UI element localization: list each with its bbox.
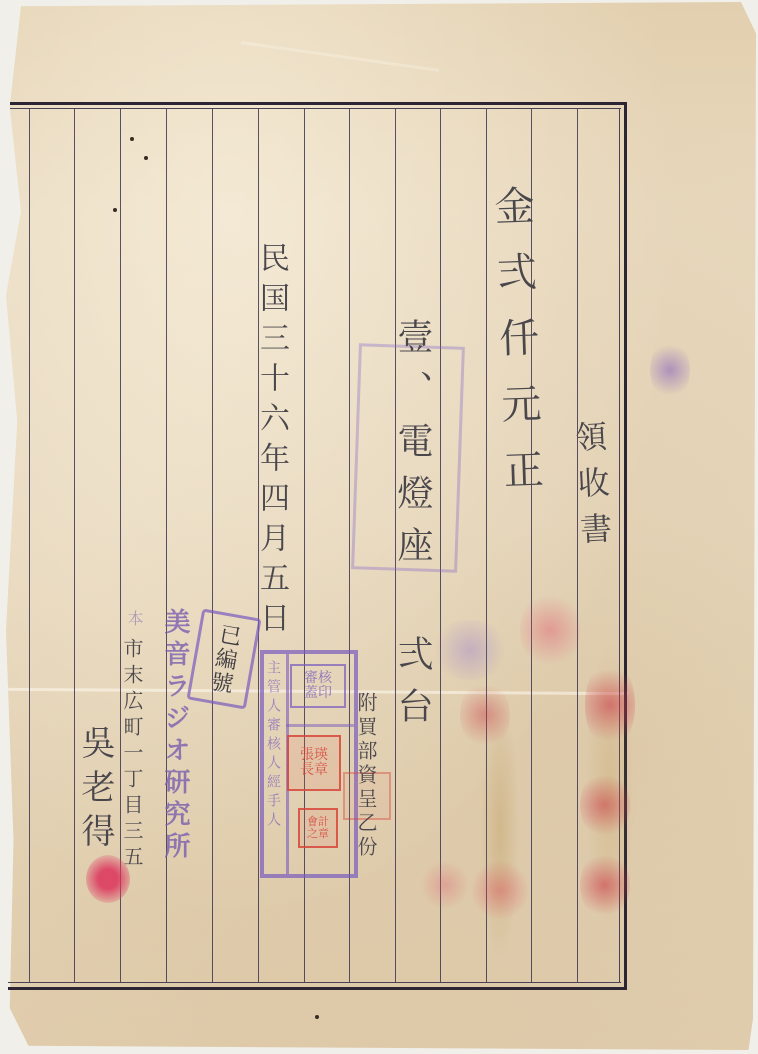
amount-text: 金弍仟元正 [490, 184, 541, 515]
date-text: 民国三十六年四月五日 [256, 242, 286, 642]
approval-box-divider [286, 724, 354, 727]
column-rule [29, 109, 30, 982]
frame-top-border [10, 102, 627, 105]
red-seal-name-text: 張瑛 長章 [297, 748, 331, 779]
approval-box-top-stamp: 審核蓋印 [290, 664, 346, 708]
issuer-name-stamp: 美音ラジオ研究所 [162, 608, 188, 864]
issuer-address: 市末広町一丁目三五 [122, 638, 142, 872]
attachment-note: 附買部資呈乙份 [356, 692, 376, 860]
ink-speck [315, 1015, 319, 1019]
signer-name: 吳老得 [78, 725, 112, 857]
ink-speck [144, 156, 148, 160]
red-seal-name: 張瑛 長章 [287, 735, 341, 791]
registered-stamp-text: 已編號 [207, 622, 241, 697]
frame-bottom-border [8, 987, 627, 990]
issuer-address-prefix: 本 [126, 610, 142, 630]
red-seal-accounting-text: 會計 之章 [305, 816, 331, 840]
ink-speck [113, 208, 117, 212]
frame-bottom-inner-border [8, 982, 621, 983]
violet-ink-smudge [650, 340, 690, 400]
item-line: 壹、電燈座 弍台 [394, 318, 430, 739]
red-seal-accounting: 會計 之章 [298, 808, 338, 848]
column-rule [212, 109, 213, 982]
document-title: 領收書 [572, 419, 611, 558]
violet-ink-smudge [430, 620, 510, 680]
stain [480, 700, 520, 960]
approval-box-top-text: 審核蓋印 [300, 671, 336, 702]
approval-box-side-label: 主管人審核人經手人 [266, 660, 280, 831]
stain [585, 640, 635, 940]
red-ink-smudge [520, 590, 580, 670]
frame-top-inner-border [10, 108, 621, 109]
red-ink-smudge [420, 860, 470, 910]
ink-speck [130, 137, 134, 141]
